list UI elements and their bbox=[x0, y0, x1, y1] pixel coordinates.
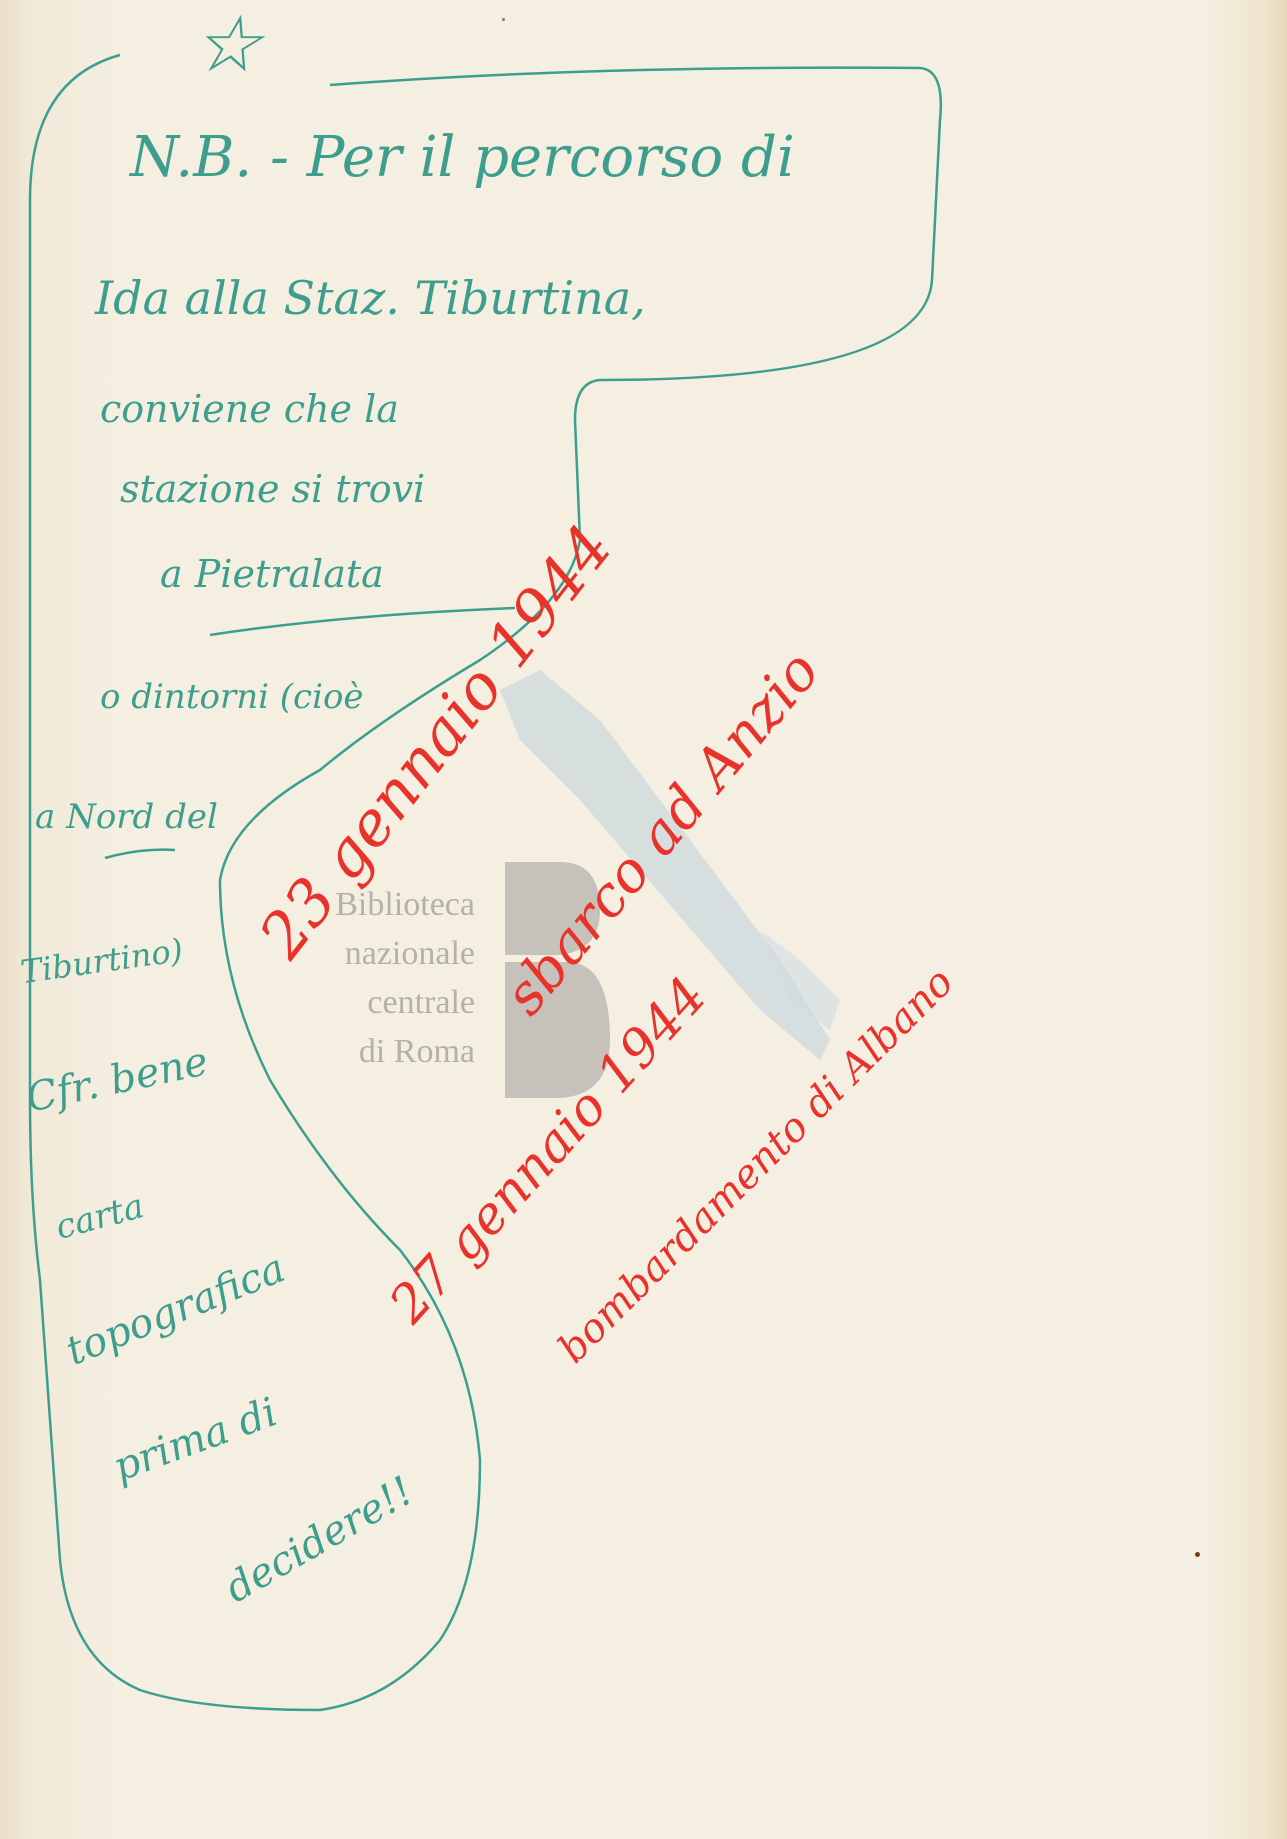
note-line: N.B. - Per il percorso di bbox=[130, 130, 795, 186]
note-line: o dintorni (cioè bbox=[100, 680, 364, 714]
manuscript-page: Biblioteca nazionale centrale di Roma ☆ … bbox=[0, 0, 1287, 1839]
note-line: Ida alla Staz. Tiburtina, bbox=[95, 275, 646, 321]
star-icon: ☆ bbox=[192, 6, 262, 84]
note-line: stazione si trovi bbox=[120, 470, 425, 508]
paper-spot bbox=[502, 18, 505, 21]
paper-spot bbox=[1195, 1552, 1200, 1557]
note-line: a Pietralata bbox=[160, 555, 384, 593]
note-line: a Nord del bbox=[35, 800, 218, 834]
note-line: conviene che la bbox=[100, 390, 399, 428]
